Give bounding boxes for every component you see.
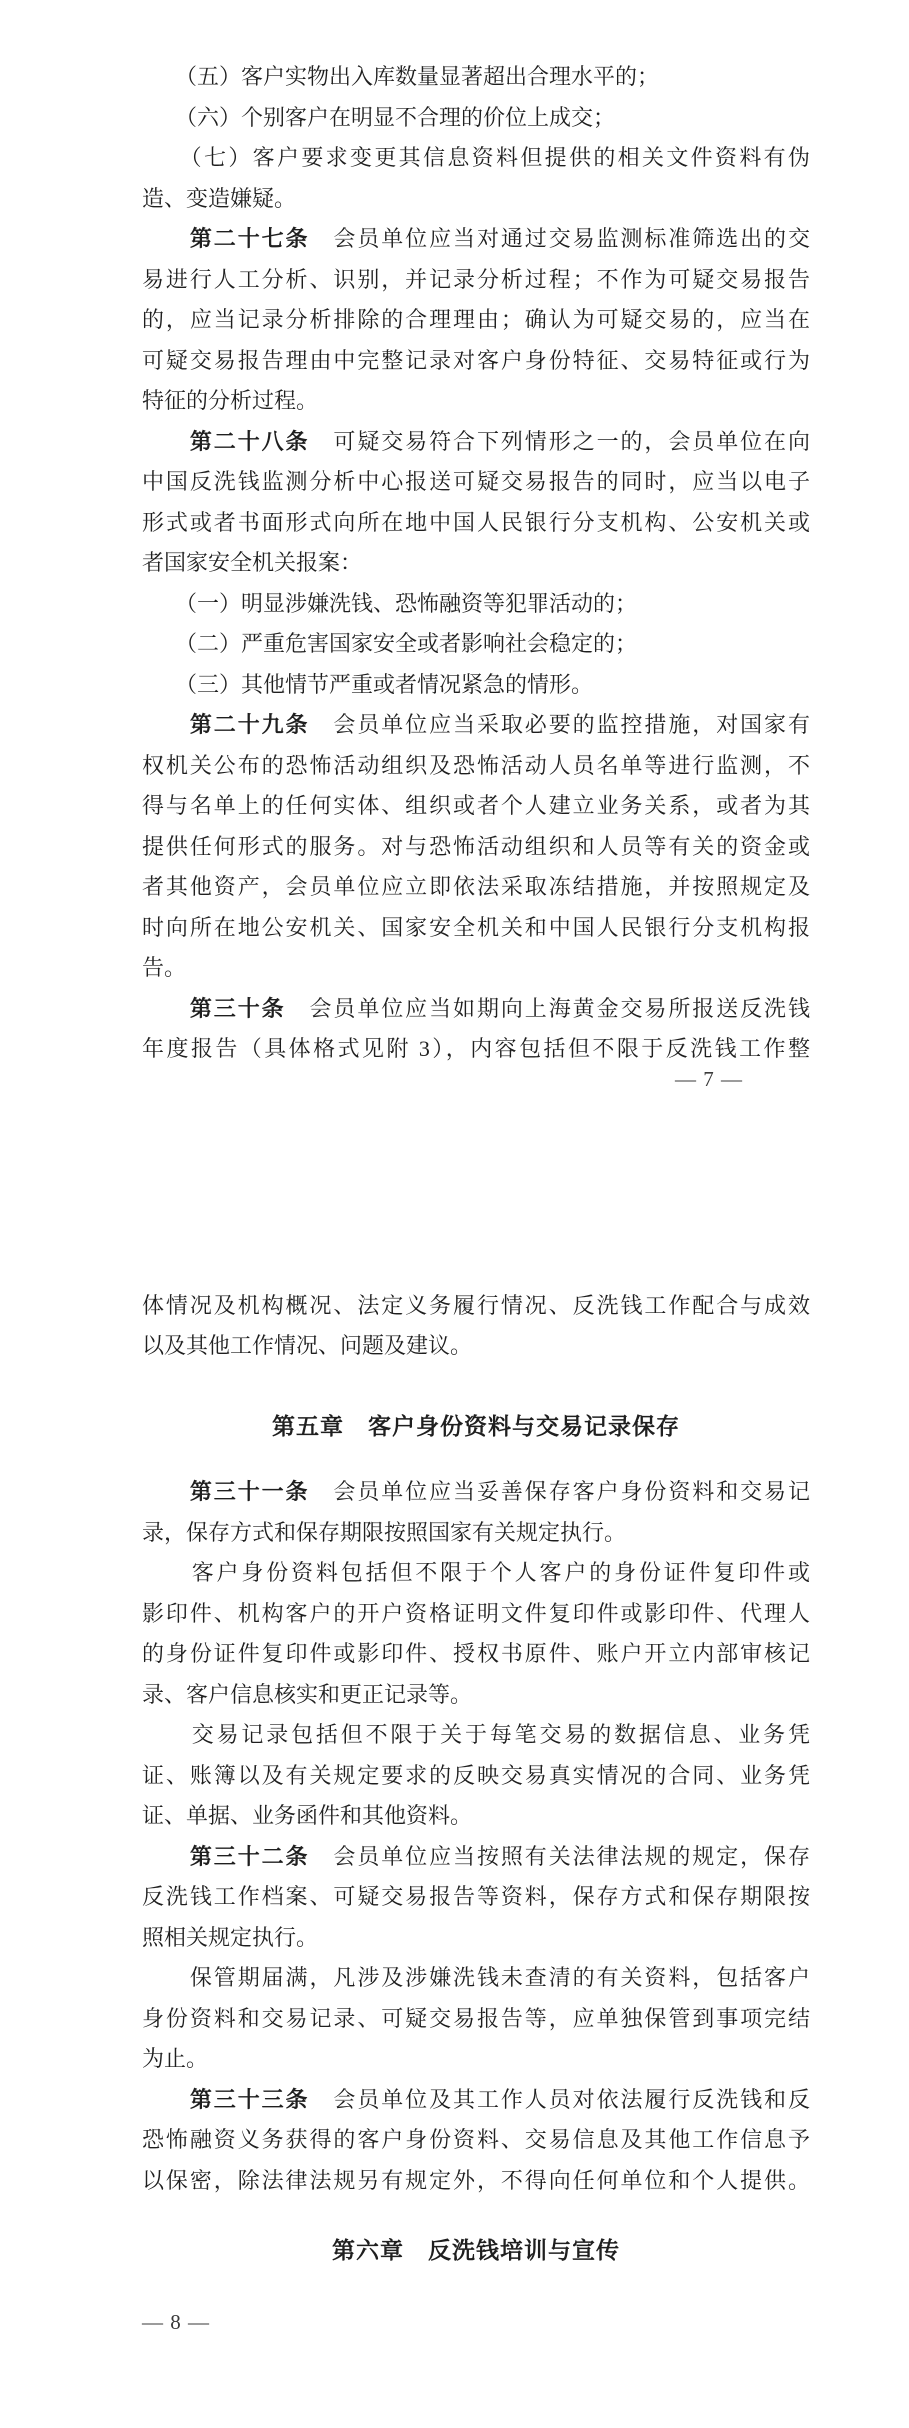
paragraph-indent [142, 996, 190, 1021]
chapter-heading: 第六章 反洗钱培训与宣传 [142, 2230, 810, 2271]
text-line: 的，应当记录分析排除的合理理由；确认为可疑交易的，应当在 [142, 300, 810, 341]
text-line: 证、单据、业务函件和其他资料。 [142, 1796, 810, 1837]
text-line: 权机关公布的恐怖活动组织及恐怖活动人员名单等进行监测，不 [142, 746, 810, 787]
text-line: 以保密，除法律法规另有规定外，不得向任何单位和个人提供。 [142, 2161, 810, 2202]
text-line: 得与名单上的任何实体、组织或者个人建立业务关系，或者为其 [142, 786, 810, 827]
text-line: 者国家安全机关报案： [142, 543, 810, 584]
article-number: 第三十三条 [190, 2087, 310, 2112]
paragraph-indent [142, 712, 190, 737]
text-line: 反洗钱工作档案、可疑交易报告等资料，保存方式和保存期限按 [142, 1877, 810, 1918]
document-scan: （五）客户实物出入库数量显著超出合理水平的； （六）个别客户在明显不合理的价位上… [0, 0, 909, 2428]
text-line: （七）客户要求变更其信息资料但提供的相关文件资料有伪 [142, 138, 810, 179]
text-line: （一）明显涉嫌洗钱、恐怖融资等犯罪活动的； [142, 584, 810, 625]
text-line: （五）客户实物出入库数量显著超出合理水平的； [142, 57, 810, 98]
page-number: — 8 — [142, 2307, 810, 2337]
text-line: 第三十条 会员单位应当如期向上海黄金交易所报送反洗钱 [142, 989, 810, 1030]
text-line: （六）个别客户在明显不合理的价位上成交； [142, 98, 810, 139]
text-line: 恐怖融资义务获得的客户身份资料、交易信息及其他工作信息予 [142, 2120, 810, 2161]
text-line: （三）其他情节严重或者情况紧急的情形。 [142, 665, 810, 706]
text-line: 照相关规定执行。 [142, 1918, 810, 1959]
line-text: 会员单位及其工作人员对依法履行反洗钱和反 [309, 2087, 810, 2112]
text-line: 第二十八条 可疑交易符合下列情形之一的，会员单位在向 [142, 422, 810, 463]
paragraph-indent [142, 429, 190, 454]
article-number: 第二十九条 [190, 712, 310, 737]
text-line: 易进行人工分析、识别，并记录分析过程；不作为可疑交易报告 [142, 260, 810, 301]
text-line: 身份资料和交易记录、可疑交易报告等，应单独保管到事项完结 [142, 1999, 810, 2040]
line-text: 会员单位应当对通过交易监测标准筛选出的交 [309, 226, 810, 251]
text-line: 告。 [142, 948, 810, 989]
article-number: 第二十八条 [190, 429, 310, 454]
text-line: 客户身份资料包括但不限于个人客户的身份证件复印件或 [142, 1553, 810, 1594]
line-text: 会员单位应当采取必要的监控措施，对国家有 [309, 712, 810, 737]
text-line: 第三十二条 会员单位应当按照有关法律法规的规定，保存 [142, 1837, 810, 1878]
article-number: 第三十二条 [190, 1844, 310, 1869]
text-line: 的身份证件复印件或影印件、授权书原件、账户开立内部审核记 [142, 1634, 810, 1675]
text-line: 者其他资产，会员单位应立即依法采取冻结措施，并按照规定及 [142, 867, 810, 908]
article-number: 第三十一条 [190, 1479, 310, 1504]
text-line: （二）严重危害国家安全或者影响社会稳定的； [142, 624, 810, 665]
article-number: 第三十条 [190, 996, 286, 1021]
text-line: 可疑交易报告理由中完整记录对客户身份特征、交易特征或行为 [142, 341, 810, 382]
text-line: 第三十一条 会员单位应当妥善保存客户身份资料和交易记 [142, 1472, 810, 1513]
text-line: 提供任何形式的服务。对与恐怖活动组织和人员等有关的资金或 [142, 827, 810, 868]
text-line: 时向所在地公安机关、国家安全机关和中国人民银行分支机构报 [142, 908, 810, 949]
chapter-heading: 第五章 客户身份资料与交易记录保存 [142, 1406, 810, 1447]
page-8: 体情况及机构概况、法定义务履行情况、反洗钱工作配合与成效以及其他工作情况、问题及… [142, 1286, 810, 2337]
text-line: 证、账簿以及有关规定要求的反映交易真实情况的合同、业务凭 [142, 1756, 810, 1797]
text-line: 第二十七条 会员单位应当对通过交易监测标准筛选出的交 [142, 219, 810, 260]
text-line: 造、变造嫌疑。 [142, 179, 810, 220]
article-number: 第二十七条 [190, 226, 310, 251]
text-line: 为止。 [142, 2039, 810, 2080]
pages-container: （五）客户实物出入库数量显著超出合理水平的； （六）个别客户在明显不合理的价位上… [0, 0, 909, 2337]
paragraph-indent [142, 1844, 190, 1869]
text-line: 特征的分析过程。 [142, 381, 810, 422]
text-line: 录、客户信息核实和更正记录等。 [142, 1675, 810, 1716]
line-text: 会员单位应当妥善保存客户身份资料和交易记 [309, 1479, 810, 1504]
paragraph-indent [142, 1479, 190, 1504]
text-line: 体情况及机构概况、法定义务履行情况、反洗钱工作配合与成效 [142, 1286, 810, 1327]
line-text: 会员单位应当如期向上海黄金交易所报送反洗钱 [286, 996, 810, 1021]
text-line: 以及其他工作情况、问题及建议。 [142, 1326, 810, 1367]
line-text: 会员单位应当按照有关法律法规的规定，保存 [309, 1844, 810, 1869]
line-text: 可疑交易符合下列情形之一的，会员单位在向 [309, 429, 810, 454]
page-7: （五）客户实物出入库数量显著超出合理水平的； （六）个别客户在明显不合理的价位上… [142, 0, 810, 1094]
text-line: 形式或者书面形式向所在地中国人民银行分支机构、公安机关或 [142, 503, 810, 544]
text-line: 第二十九条 会员单位应当采取必要的监控措施，对国家有 [142, 705, 810, 746]
text-line: 中国反洗钱监测分析中心报送可疑交易报告的同时，应当以电子 [142, 462, 810, 503]
text-line: 第三十三条 会员单位及其工作人员对依法履行反洗钱和反 [142, 2080, 810, 2121]
text-line: 影印件、机构客户的开户资格证明文件复印件或影印件、代理人 [142, 1594, 810, 1635]
text-line: 保管期届满，凡涉及涉嫌洗钱未查清的有关资料，包括客户 [142, 1958, 810, 1999]
paragraph-indent [142, 2087, 190, 2112]
text-line: 交易记录包括但不限于关于每笔交易的数据信息、业务凭 [142, 1715, 810, 1756]
text-line: 录，保存方式和保存期限按照国家有关规定执行。 [142, 1513, 810, 1554]
paragraph-indent [142, 226, 190, 251]
